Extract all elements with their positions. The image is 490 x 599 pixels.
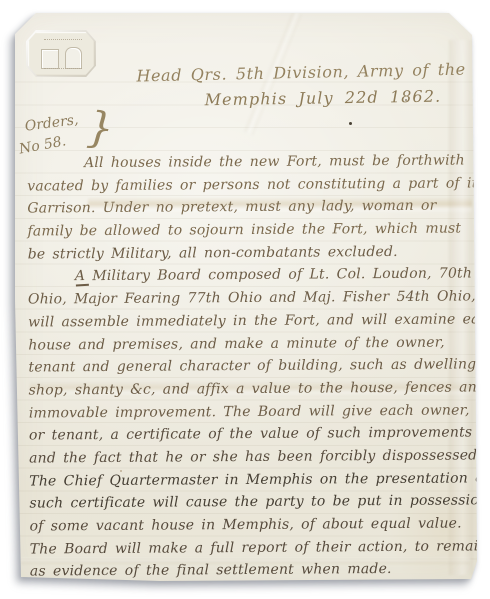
manuscript-line: All houses inside the new Fort, must be … <box>27 149 473 175</box>
manuscript-line: tenant and general character of building… <box>28 354 474 380</box>
handwritten-ink-layer: Head Qrs. 5th Division, Army of the Tenn… <box>0 0 490 599</box>
manuscript-page: Head Qrs. 5th Division, Army of the Tenn… <box>0 0 490 599</box>
manuscript-line: and the fact that he or she has been for… <box>29 444 475 470</box>
manuscript-line: immovable improvement. The Board will gi… <box>29 399 475 425</box>
manuscript-line: or tenant, a certificate of the value of… <box>29 422 475 448</box>
manuscript-line: be strictly Military, all non-combatants… <box>28 240 474 266</box>
manuscript-line: house and premises, and make a minute of… <box>28 331 474 357</box>
manuscript-line: Ohio, Major Fearing 77th Ohio and Maj. F… <box>28 286 474 312</box>
manuscript-line: vacated by families or persons not const… <box>27 172 473 198</box>
manuscript-line: such certificate will cause the party to… <box>29 490 475 516</box>
orders-label: Orders, <box>24 112 79 135</box>
manuscript-line: shop, shanty &c, and affix a value to th… <box>29 376 475 402</box>
manuscript-line: The Chief Quartermaster in Memphis on th… <box>29 467 475 493</box>
manuscript-line: as evidence of the final settlement when… <box>30 558 476 584</box>
letterhead-line: Head Qrs. 5th Division, Army of the Tenn… <box>136 58 490 85</box>
paper-shadow-wrap: Head Qrs. 5th Division, Army of the Tenn… <box>0 0 490 599</box>
manuscript-line: Garrison. Under no pretext, must any lad… <box>27 195 473 221</box>
scanned-document-background: Head Qrs. 5th Division, Army of the Tenn… <box>0 0 490 599</box>
dateline: Memphis July 22d 1862. <box>204 87 441 110</box>
orders-brace: } <box>85 106 115 150</box>
manuscript-line: of some vacant house in Memphis, of abou… <box>30 512 476 538</box>
order-body-text: All houses inside the new Fort, must be … <box>27 149 476 583</box>
manuscript-line: The Board will make a full report of the… <box>30 535 476 561</box>
manuscript-line: A Military Board composed of Lt. Col. Lo… <box>28 263 474 289</box>
manuscript-line: will assemble immediately in the Fort, a… <box>28 308 474 334</box>
manuscript-line: family be allowed to sojourn inside the … <box>27 217 473 243</box>
